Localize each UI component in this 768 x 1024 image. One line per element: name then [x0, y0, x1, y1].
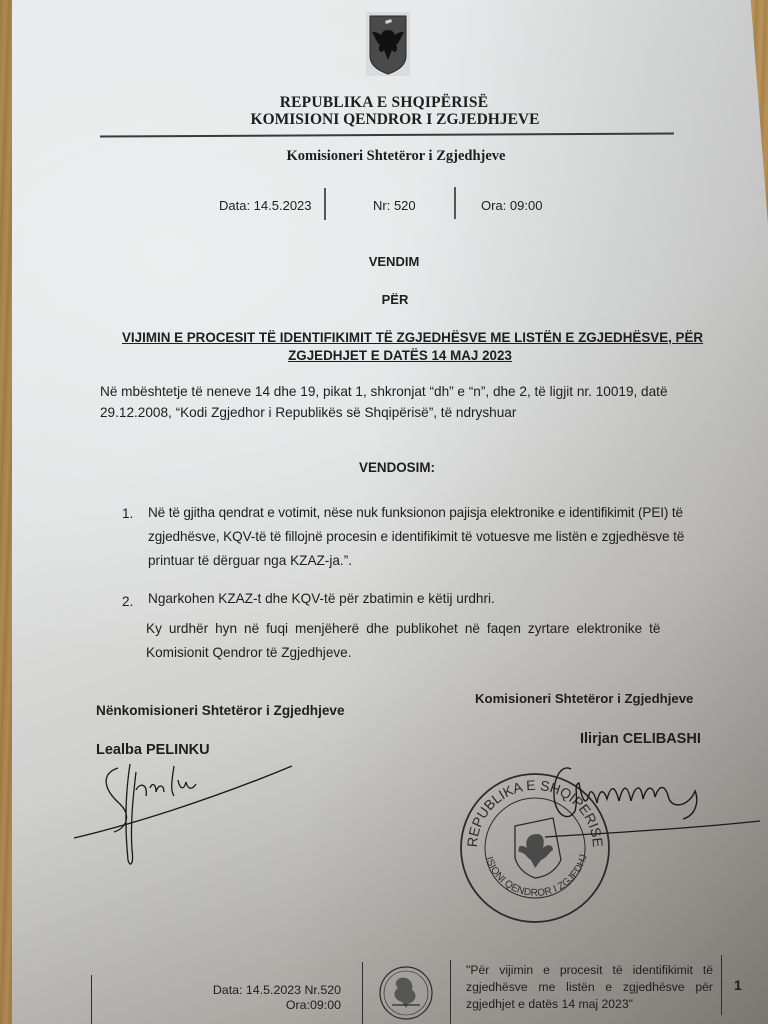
header-country: REPUBLIKA E SHQIPËRISË	[0, 94, 768, 112]
footer-separator	[721, 955, 722, 1015]
left-signatory-name: Lealba PELINKU	[96, 742, 210, 758]
right-signature-icon	[545, 755, 765, 845]
footer-separator	[450, 960, 451, 1024]
resolution-heading: VENDOSIM:	[0, 460, 768, 475]
footer-separator	[362, 962, 363, 1024]
footer-time: Ora:09:00	[210, 998, 341, 1012]
decision-for: PËR	[0, 292, 768, 307]
closing-line1: Ky urdhër hyn në fuqi menjëherë dhe publ…	[146, 621, 660, 636]
left-signatory-role: Nënkomisioneri Shtetëror i Zgjedhjeve	[96, 703, 345, 718]
page-number: 1	[734, 977, 742, 993]
item-2-line1: Ngarkohen KZAZ-t dhe KQV-të për zbatimin…	[148, 591, 495, 606]
meta-date: Data: 14.5.2023	[219, 198, 312, 213]
item-number: 2.	[122, 594, 133, 609]
footer-quote: "Për vijimin e procesit të identifikimit…	[466, 962, 713, 1013]
closing-line2: Komisionit Qendror të Zgjedhjeve.	[146, 645, 352, 660]
item-1-line3: printuar të dërguar nga KZAZ-ja.”.	[148, 553, 352, 568]
coat-of-arms-icon	[366, 12, 410, 76]
right-signatory-name: Ilirjan CELIBASHI	[580, 731, 701, 747]
meta-time: Ora: 09:00	[481, 198, 542, 213]
header-office: Komisioneri Shtetëror i Zgjedhjeve	[0, 148, 768, 165]
header-institution: KOMISIONI QENDROR I ZGJEDHJEVE	[0, 111, 768, 129]
footer-seal-icon	[378, 962, 434, 1024]
decision-title-line2: ZGJEDHJET E DATËS 14 MAJ 2023	[0, 348, 768, 363]
item-1-line2: zgjedhësve, KQV-të të fillojnë procesin …	[148, 529, 684, 544]
item-number: 1.	[122, 506, 133, 521]
legal-basis-line2: 29.12.2008, “Kodi Zgjedhor i Republikës …	[100, 405, 516, 420]
meta-separator	[324, 188, 326, 220]
footer-date-number: Data: 14.5.2023 Nr.520	[210, 983, 341, 997]
footer-separator	[91, 975, 92, 1024]
decision-title-line1: VIJIMIN E PROCESIT TË IDENTIFIKIMIT TË Z…	[122, 330, 703, 345]
decision-type: VENDIM	[0, 254, 768, 269]
item-1-line1: Në të gjitha qendrat e votimit, nëse nuk…	[148, 505, 683, 520]
left-signature-icon	[70, 760, 300, 870]
meta-separator	[454, 187, 456, 219]
legal-basis-line1: Në mbështetje të neneve 14 dhe 19, pikat…	[100, 384, 668, 399]
meta-number: Nr: 520	[373, 198, 416, 213]
right-signatory-role: Komisioneri Shtetëror i Zgjedhjeve	[475, 691, 693, 706]
